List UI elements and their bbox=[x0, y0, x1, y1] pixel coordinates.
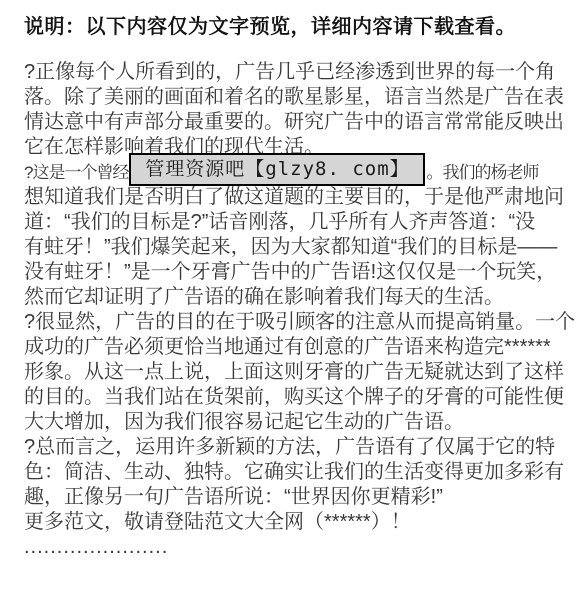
document-body: ?正像每个人所看到的，广告几乎已经渗透到世界的每一个角 落。除了美丽的画面和着名… bbox=[24, 60, 570, 560]
paragraph-4: ?总而言之，运用许多新颖的方法，广告语有了仅属于它的特 色：简洁、生动、独特。它… bbox=[24, 435, 570, 510]
paragraph-2-lead-text: ?这是一个曾经 bbox=[24, 163, 128, 182]
paragraph-2-rest: 想知道我们是否明白了做这道题的主要目的，于是他严肃地问 道：“我们的目标是?”话… bbox=[24, 185, 570, 310]
document-preview-page: 说明：以下内容仅为文字预览，详细内容请下载查看。 ?正像每个人所看到的，广告几乎… bbox=[0, 0, 578, 600]
watermark-label: 管理资源吧【glzy8. com】 bbox=[145, 158, 409, 180]
footer-note: 更多范文，敬请登陆范文大全网（******）！ bbox=[24, 510, 570, 535]
paragraph-2: ?这是一个曾经管理资源吧【glzy8. com】。我们的杨老师想知道我们是否明白… bbox=[24, 160, 570, 310]
paragraph-3: ?很显然，广告的目的在于吸引顾客的注意从而提高销量。一个 成功的广告必须更恰当地… bbox=[24, 310, 570, 435]
preview-notice-heading: 说明：以下内容仅为文字预览，详细内容请下载查看。 bbox=[24, 14, 570, 40]
paragraph-1: ?正像每个人所看到的，广告几乎已经渗透到世界的每一个角 落。除了美丽的画面和着名… bbox=[24, 60, 570, 160]
paragraph-2-after-box-text: 。我们的杨老师 bbox=[426, 163, 538, 182]
dots-line: ...................... bbox=[24, 535, 570, 560]
watermark-box[interactable]: 管理资源吧【glzy8. com】 bbox=[129, 153, 425, 186]
